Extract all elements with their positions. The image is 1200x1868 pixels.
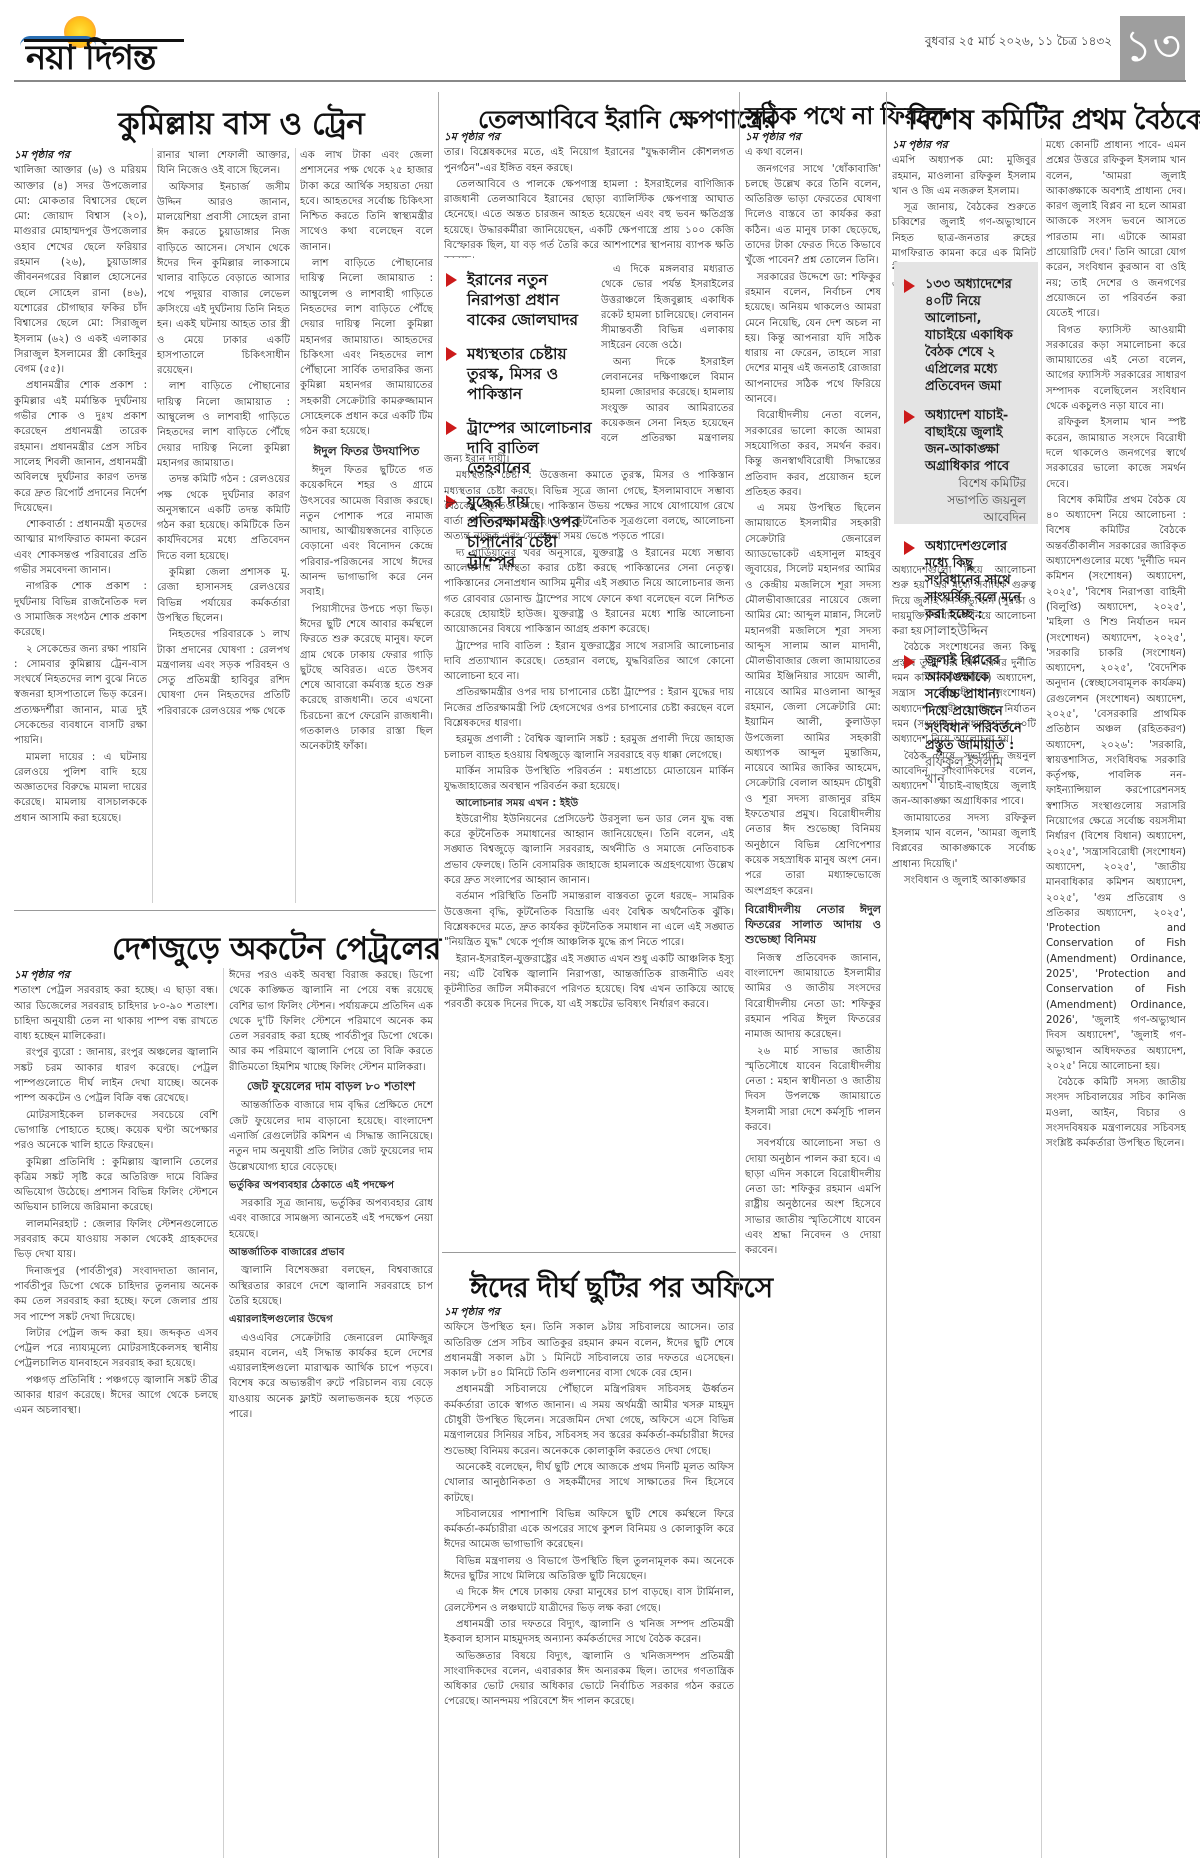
paragraph: ইরান-ইসরাইল-যুক্তরাষ্ট্রের এই সঙ্ঘাত এখন…	[444, 952, 734, 1013]
paragraph: প্রতিরক্ষামন্ত্রীর ওপর দায় চাপানোর চেষ্…	[444, 685, 734, 731]
section-divider	[739, 92, 740, 1858]
continued-kicker: ১ম পৃষ্ঠার পর	[444, 1305, 734, 1320]
paragraph: বিভিন্ন মন্ত্রণালয় ও বিভাগে উপস্থিতি ছি…	[444, 1554, 734, 1585]
masthead-divider	[14, 80, 1186, 82]
paragraph: লাশ বাড়িতে পৌছানোর দায়িত্ব নিলো জামায়…	[157, 379, 290, 471]
paragraph: এওএবির সেক্রেটারি জেনারেল মোফিজুর রহমান …	[229, 1331, 433, 1423]
continued-kicker: ১ম পৃষ্ঠার পর	[14, 148, 147, 163]
paragraph: আন্তর্জাতিক বাজারে দাম বৃদ্ধির প্রেক্ষিত…	[229, 1098, 433, 1174]
right-path-body: ১ম পৃষ্ঠার পর এ কথা বলেন। জনগণের সাথে 'ধ…	[745, 130, 881, 1858]
paragraph: পঞ্চগড় প্রতিনিধি : পঞ্চগড়ে জ্বালানি সঙ…	[14, 1373, 218, 1419]
telaviv-lead: ১ম পৃষ্ঠার পর তার। বিশ্লেষকদের মতে, এই ন…	[444, 130, 734, 258]
office-body: ১ম পৃষ্ঠার পর অফিসে উপস্থিত হন। তিনি সকা…	[444, 1305, 734, 1858]
paragraph: সংবিধান ও জুলাই আকাঙ্ক্ষার	[892, 873, 1036, 888]
red-triangle-icon	[904, 279, 915, 293]
paragraph: কুমিল্লা জেলা প্রশাসক মু. রেজা হাসানসহ র…	[157, 565, 290, 626]
paragraph: মামলা দায়ের : এ ঘটনায় রেলওয়ে পুলিশ বা…	[14, 750, 147, 826]
highlight-item: জুলাই বিপ্লবের আকাঙ্ক্ষাকে সর্বোচ্চ প্রা…	[904, 652, 1026, 788]
comilla-column-3: এক লাখ টাকা এবং জেলা প্রশাসনের পক্ষ থেকে…	[300, 148, 433, 903]
newspaper-logo[interactable]: নয়া দিগন্ত	[14, 14, 189, 70]
subhead: বিরোধীদলীয় নেতার ঈদুল ফিতরের সালাত আদায…	[745, 902, 881, 948]
red-triangle-icon	[904, 541, 915, 555]
paragraph: দ্য গার্ডিয়ানের খবর অনুসারে, যুক্তরাষ্ট…	[444, 546, 734, 638]
paragraph: নিহতদের পরিবারকে ১ লাখ টাকা প্রদানের ঘোষ…	[157, 627, 290, 719]
paragraph: ইউরোপীয় ইউনিয়নের প্রেসিডেন্ট উরসুলা ভন…	[444, 812, 734, 888]
comilla-column-1: ১ম পৃষ্ঠার পর খালিজা আক্তার (৬) ও মরিয়ম…	[14, 148, 147, 903]
paragraph: বিশেষ কমিটির প্রথম বৈঠক যে ৪০ অধ্যাদেশ ন…	[1046, 493, 1186, 1074]
paragraph: ঈদের পরও একই অবস্থা বিরাজ করছে। ডিপো থেক…	[229, 968, 433, 1075]
paragraph: ঈদুল ফিতর ছুটিতে গত কয়েকদিনে শহর ও গ্রা…	[300, 463, 433, 601]
paragraph: মধ্যে কোনটি প্রাধান্য পাবে- এমন প্রশ্নের…	[1046, 138, 1186, 322]
paragraph: প্রধানমন্ত্রী তার দফতরে বিদ্যুৎ, জ্বালান…	[444, 1617, 734, 1648]
paragraph: বৈঠকে কমিটি সদস্য জাতীয় সংসদ সচিবালয়ের…	[1046, 1075, 1186, 1151]
quote-attribution: সালাহউদ্দিন	[925, 624, 988, 639]
paragraph: প্রধানমন্ত্রীর শোক প্রকাশ : কুমিল্লার এই…	[14, 378, 147, 516]
telaviv-side-column: এ দিকে মঙ্গলবার মধ্যরাত থেকে ভোর পর্যন্ত…	[601, 262, 734, 448]
highlight-item: ইরানের নতুন নিরাপত্তা প্রধান বাকের জোলঘা…	[446, 270, 596, 330]
highlight-item: ১৩৩ অধ্যাদেশের ৪০টি নিয়ে আলোচনা, যাচাইয…	[904, 276, 1026, 395]
quote-attribution: রফিকুল ইসলাম খান	[925, 755, 1003, 787]
petrol-column-2: ঈদের পরও একই অবস্থা বিরাজ করছে। ডিপো থেক…	[229, 968, 433, 1858]
paragraph: সবপর্যায়ে আলোচনা সভা ও দোয়া অনুষ্ঠান প…	[745, 1136, 881, 1258]
story-divider	[442, 1252, 736, 1253]
paragraph: ২৬ মার্চ সাভার জাতীয় স্মৃতিসৌধে যাবেন ব…	[745, 1044, 881, 1136]
paragraph: এ কথা বলেন।	[745, 145, 881, 160]
petrol-column-1: ১ম পৃষ্ঠার পর শতাংশ পেট্রল সরবরাহ করা হচ…	[14, 968, 218, 1858]
highlight-item: অধ্যাদেশ যাচাই-বাছাইয়ে জুলাই জন-আকাঙ্ক্…	[904, 407, 1026, 526]
subhead: ভর্তুকির অপব্যবহার ঠেকাতে এই পদক্ষেপ	[229, 1178, 433, 1193]
paragraph: অনেকেই বলেছেন, দীর্ঘ ছুটি শেষে আজকে প্রথ…	[444, 1460, 734, 1506]
paragraph: লাশ বাড়িতে পৌছানোর দায়িত্ব নিলো জামায়…	[300, 256, 433, 440]
paragraph: ২ সেকেন্ডের জন্য রক্ষা পায়নি : সোমবার ক…	[14, 642, 147, 749]
column-divider	[1041, 138, 1042, 1858]
continued-kicker: ১ম পৃষ্ঠার পর	[892, 138, 1036, 153]
subhead: আন্তর্জাতিক বাজারের প্রভাব	[229, 1245, 433, 1260]
paragraph: বর্তমান পরিস্থিতি তিনটি সমান্তরাল বাস্তব…	[444, 889, 734, 950]
paragraph: অভিজ্ঞতার বিষয়ে বিদ্যুৎ, জ্বালানি ও খনি…	[444, 1649, 734, 1710]
story-divider	[14, 910, 436, 911]
quote-attribution: বিশেষ কমিটির সভাপতি জয়নুল আবেদিন	[925, 475, 1026, 526]
paragraph: এ সময় উপস্থিত ছিলেন জামায়াতে ইসলামীর স…	[745, 501, 881, 899]
column-divider	[295, 148, 296, 903]
subhead: আলোচনার সময় এখন : ইইউ	[444, 796, 734, 811]
paragraph: নিজস্ব প্রতিবেদক জানান, বাংলাদেশ জামায়া…	[745, 951, 881, 1043]
headline-comilla[interactable]: কুমিল্লায় বাস ও ট্রেন	[118, 100, 364, 152]
highlight-item: অধ্যাদেশগুলোর মধ্যে কিছু সংবিধানের সাথে …	[904, 538, 1026, 640]
subhead: জেট ফুয়েলের দাম বাড়ল ৮০ শতাংশ	[229, 1079, 433, 1094]
paragraph: সরকারের উদ্দেশে ডা: শফিকুর রহমান বলেন, ন…	[745, 270, 881, 408]
paragraph: নাগরিক শোক প্রকাশ : দুর্ঘটনায় বিভিন্ন র…	[14, 579, 147, 640]
paragraph: অন্য দিকে ইসরাইল লেবাননের দক্ষিণাঞ্চলে ব…	[601, 355, 734, 448]
section-divider	[438, 92, 439, 1858]
paragraph: মার্কিন সামরিক উপস্থিতি পরিবর্তন : মধ্যপ…	[444, 764, 734, 795]
dateline: বুধবার ২৫ মার্চ ২০২৬, ১১ চৈত্র ১৪৩২	[925, 33, 1112, 53]
paragraph: এমপি অধ্যাপক মো: মুজিবুর রহমান, মাওলানা …	[892, 153, 1036, 199]
paragraph: শোকবার্তা : প্রধানমন্ত্রী মৃতদের আত্মার …	[14, 517, 147, 578]
column-divider	[223, 968, 224, 1858]
red-triangle-icon	[446, 273, 457, 287]
comilla-column-2: রানার খালা শেফালী আক্তার, যিনি নিজেও ওই …	[157, 148, 290, 903]
paragraph: প্রধানমন্ত্রী সচিবালয়ে পৌঁছালে মন্ত্রিপ…	[444, 1382, 734, 1458]
continued-kicker: ১ম পৃষ্ঠার পর	[14, 968, 218, 983]
red-triangle-icon	[904, 655, 915, 669]
paragraph: অফিসার ইনচার্জ জসীম উদ্দিন আরও জানান, মা…	[157, 180, 290, 379]
paragraph: পিয়াসীদের উপচে পড়া ভিড়। ঈদের ছুটি শেষ…	[300, 602, 433, 755]
subhead: এয়ারলাইন্সগুলোর উদ্বেগ	[229, 1312, 433, 1327]
paragraph: তদন্ত কমিটি গঠন : রেলওয়ের পক্ষ থেকে দুর…	[157, 472, 290, 564]
paragraph: রফিকুল ইসলাম খান স্পষ্ট করেন, জামায়াত স…	[1046, 415, 1186, 491]
continued-kicker: ১ম পৃষ্ঠার পর	[745, 130, 881, 145]
paragraph: এ দিকে ঈদ শেষে ঢাকায় ফেরা মানুষের চাপ ব…	[444, 1585, 734, 1616]
paragraph: বিগত ফ্যাসিস্ট আওয়ামী সরকারের কড়া সমাল…	[1046, 323, 1186, 415]
paragraph: বিরোধীদলীয় নেতা বলেন, সরকারের ভালো কাজে…	[745, 408, 881, 500]
paragraph: রানার খালা শেফালী আক্তার, যিনি নিজেও ওই …	[157, 148, 290, 179]
paragraph: লিটার পেট্রল জব্দ করা হয়। জব্দকৃত এসব প…	[14, 1326, 218, 1372]
paragraph: এ দিকে মঙ্গলবার মধ্যরাত থেকে ভোর পর্যন্ত…	[601, 262, 734, 354]
paragraph: হরমুজ প্রণালী : বৈশ্বিক জ্বালানি সঙ্কট :…	[444, 732, 734, 763]
red-triangle-icon	[904, 410, 915, 424]
page-number: ১৩	[1120, 16, 1185, 80]
paragraph: রংপুর ব্যুরো : জানায়, রংপুর অঞ্চলের জ্ব…	[14, 1045, 218, 1106]
section-divider	[886, 92, 887, 1858]
red-triangle-icon	[446, 347, 457, 361]
telaviv-body: জন্য ইরান দায়ী। মধ্যস্থতার চেষ্টা : উত্…	[444, 452, 734, 1242]
highlight-item: মধ্যস্থতার চেষ্টায় তুরস্ক, মিসর ও পাকিস…	[446, 344, 596, 404]
masthead: নয়া দিগন্ত বুধবার ২৫ মার্চ ২০২৬, ১১ চৈত…	[0, 0, 1200, 80]
red-triangle-icon	[446, 421, 457, 435]
paragraph: তেলআবিবে ও পালকে ক্ষেপণাস্ত্র হামলা : ইস…	[444, 177, 734, 258]
committee-column-2: মধ্যে কোনটি প্রাধান্য পাবে- এমন প্রশ্নের…	[1046, 138, 1186, 1858]
paragraph: জামায়াতের সদস্য রফিকুল ইসলাম খান বলেন, …	[892, 811, 1036, 872]
paragraph: তার। বিশ্লেষকদের মতে, এই নিয়োগ ইরানের "…	[444, 145, 734, 176]
paragraph: মোটরসাইকেল চালকদের সবচেয়ে বেশি ভোগান্তি…	[14, 1108, 218, 1154]
paragraph: জন্য ইরান দায়ী।	[444, 452, 734, 467]
paragraph: জনগণের সাথে 'ধোঁকাবাজি' চলছে উল্লেখ করে …	[745, 162, 881, 269]
paragraph: সরকারি সূত্র জানায়, ভর্তুকির অপব্যবহার …	[229, 1196, 433, 1242]
paragraph: মধ্যস্থতার চেষ্টা : উত্তেজনা কমাতে তুরস্…	[444, 468, 734, 544]
committee-highlights-box: ১৩৩ অধ্যাদেশের ৪০টি নিয়ে আলোচনা, যাচাইয…	[894, 262, 1038, 524]
column-divider	[152, 148, 153, 903]
paragraph: অফিসে উপস্থিত হন। তিনি সকাল ৯টায় সচিবাল…	[444, 1320, 734, 1381]
paragraph: ট্রাম্পের দাবি বাতিল : ইরান যুক্তরাষ্ট্র…	[444, 639, 734, 685]
subhead: ঈদুল ফিতর উদযাপিত	[300, 444, 433, 459]
paragraph: লালমনিরহাট : জেলার ফিলিং স্টেশনগুলোতে সর…	[14, 1217, 218, 1263]
paragraph: সচিবালয়ের পাশাপাশি বিভিন্ন অফিসে ছুটি শ…	[444, 1507, 734, 1553]
paragraph: দিনাজপুর (পার্বতীপুর) সংবাদদাতা জানান, প…	[14, 1264, 218, 1325]
paragraph: খালিজা আক্তার (৬) ও মরিয়ম আক্তার (৪) সদ…	[14, 163, 147, 377]
continued-kicker: ১ম পৃষ্ঠার পর	[444, 130, 734, 145]
paragraph: এক লাখ টাকা এবং জেলা প্রশাসনের পক্ষ থেকে…	[300, 148, 433, 255]
paragraph: কুমিল্লা প্রতিনিধি : কুমিল্লায় জ্বালানি…	[14, 1155, 218, 1216]
paragraph: শতাংশ পেট্রল সরবরাহ করা হচ্ছে। এ ছাড়া ব…	[14, 983, 218, 1044]
paragraph: জ্বালানি বিশেষজ্ঞরা বলছেন, বিশ্ববাজারে অ…	[229, 1263, 433, 1309]
